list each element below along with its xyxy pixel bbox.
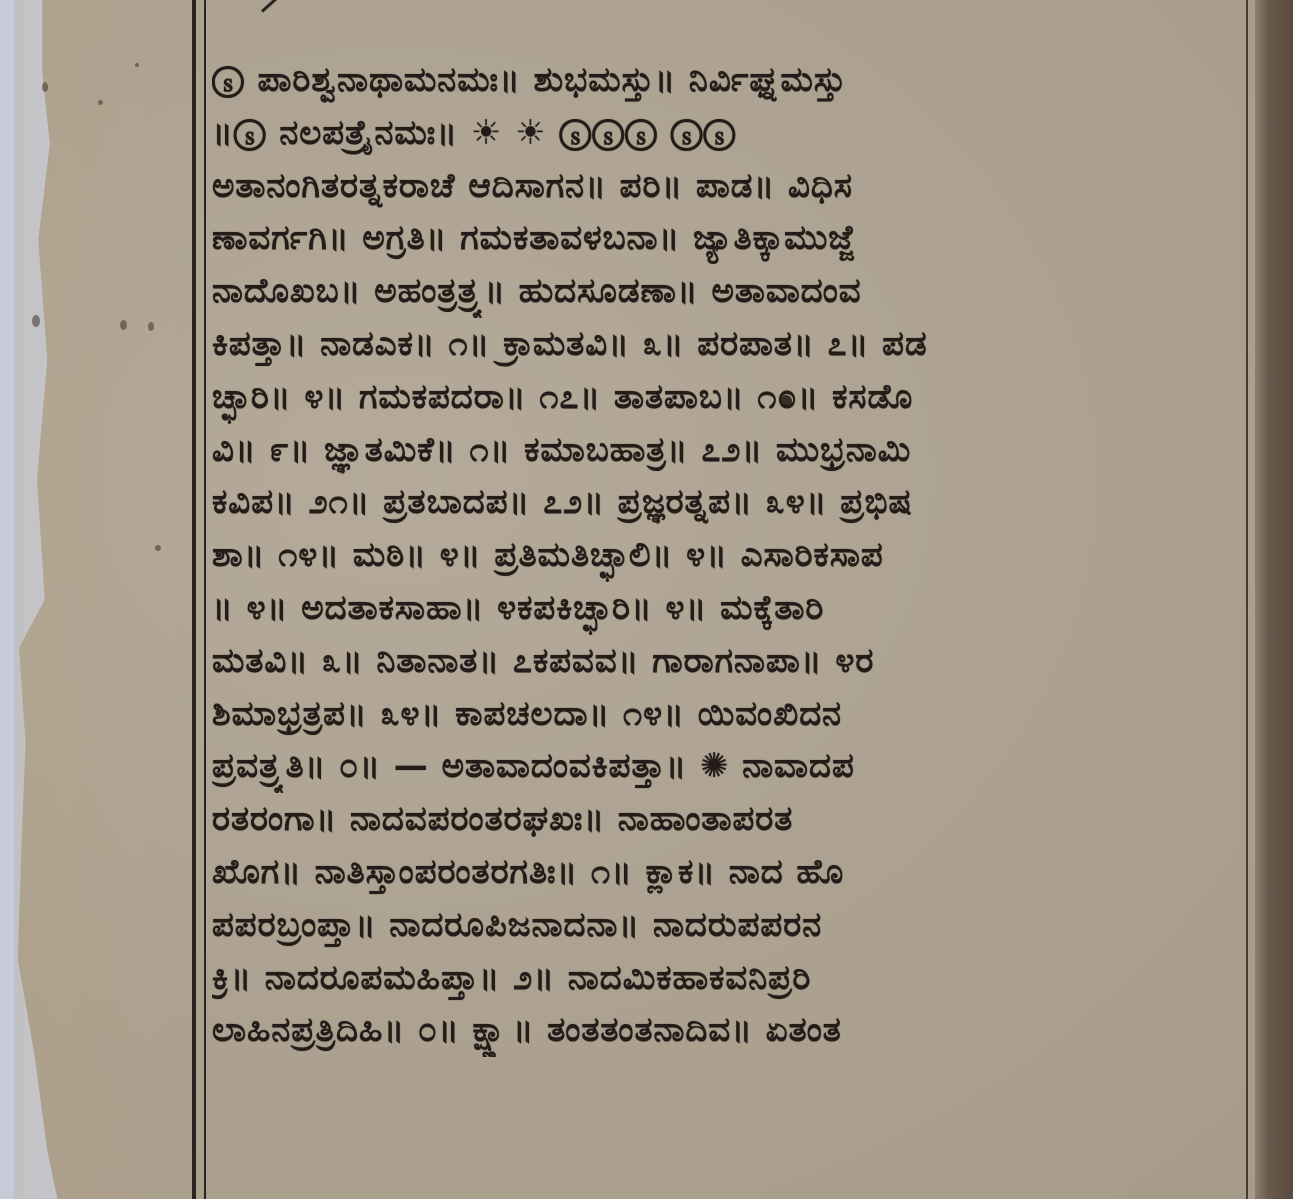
text-line-6: ಕಿಪತ್ತಾ॥ ನಾಡಎಕ॥ ೧॥ ಕ್ರಾಮತವಿ॥ ೩॥ ಪರಪಾತ॥ ೭… xyxy=(212,318,1252,371)
left-margin-rule-outer xyxy=(192,0,196,1199)
text-line-15: ರತರಂಗಾ॥ ನಾದವಪರಂತರಘಖಃ॥ ನಾಹಾಂತಾಪರತ xyxy=(212,793,1252,846)
ink-spot xyxy=(135,63,139,67)
text-line-10: ಶಾ॥ ೧೪॥ ಮಠಿ॥ ೪॥ ಪ್ರತಿಮತಿಚ್ಛಾಲಿ॥ ೪॥ ಎಸಾರಿ… xyxy=(212,529,1252,582)
ink-spot xyxy=(98,100,103,105)
ink-spot xyxy=(32,315,40,327)
text-line-11: ॥ ೪॥ ಅದತಾಕಸಾಹಾ॥ ೪ಕಪಕಿಚ್ಛಾರಿ॥ ೪॥ ಮಕ್ಕೆತಾರ… xyxy=(212,582,1252,635)
text-line-8: ವಿ॥ ೯॥ ಜ್ಞಾತಮಿಕೆ॥ ೧॥ ಕಮಾಬಹಾತ್ರ॥ ೭೨॥ ಮುಭ್… xyxy=(212,424,1252,477)
text-line-4: ಣಾವರ್ಗಗಿ॥ ಅಗ್ರತಿ॥ ಗಮಕತಾವಳಬನಾ॥ ಜ್ಯಾತಿಕ್ಕಾ… xyxy=(212,212,1252,265)
text-line-9: ಕವಿಪ॥ ೨೧॥ ಪ್ರತಬಾದಪ॥ ೭೨॥ ಪ್ರಜ್ಞರತ್ನಪ॥ ೩೪॥… xyxy=(212,476,1252,529)
book-binding-edge xyxy=(1255,0,1293,1199)
text-line-1: ⓢ ಪಾರಿಶ್ವನಾಥಾಮನಮಃ॥ ಶುಭಮಸ್ತು॥ ನಿರ್ವಿಘ್ನಮಸ… xyxy=(212,54,1252,107)
left-margin-rule-inner xyxy=(204,0,206,1199)
ink-spot xyxy=(148,322,154,331)
text-line-3: ಅತಾನಂಗಿತರತ್ನಕರಾಚೆ ಆದಿಸಾಗನ॥ ಪರಿ॥ ಪಾಡ॥ ವಿಧ… xyxy=(212,160,1252,213)
text-line-19: ಲಾಹಿನಪ್ರತ್ರಿದಿಹಿ॥ ೦॥ ಕ್ಷ್ಣಾ॥ ತಂತತಂತನಾದಿವ… xyxy=(212,1004,1252,1057)
page-margin xyxy=(14,0,194,1199)
text-line-7: ಚ್ಛಾರಿ॥ ೪॥ ಗಮಕಪದರಾ॥ ೧೭॥ ತಾತಪಾಬ॥ ೧೦॥ ಕಸಡೊ xyxy=(212,371,1252,424)
text-line-16: ಖೊಗ॥ ನಾತಿಸ್ತಾಂಪರಂತರಗತಿಃ॥ ೧॥ ಕ್ಲಾಕ॥ ನಾದ ಹ… xyxy=(212,846,1252,899)
manuscript-text: ⓢ ಪಾರಿಶ್ವನಾಥಾಮನಮಃ॥ ಶುಭಮಸ್ತು॥ ನಿರ್ವಿಘ್ನಮಸ… xyxy=(212,54,1252,1057)
ink-spot xyxy=(155,545,161,551)
text-line-13: ಶಿಮಾಭ್ರತ್ರಪ॥ ೩೪॥ ಕಾಪಚಲದಾ॥ ೧೪॥ ಯಿವಂಖಿದನ xyxy=(212,688,1252,741)
text-line-17: ಪಪರಬ್ರಂಪ್ತಾ॥ ನಾದರೂಪಿಜನಾದನಾ॥ ನಾದರುಪಪರನ xyxy=(212,899,1252,952)
text-line-12: ಮತವಿ॥ ೩॥ ನಿತಾನಾತ॥ ೭ಕಪವವ॥ ಗಾರಾಗನಾಪಾ॥ ೪ರ xyxy=(212,635,1252,688)
text-line-5: ನಾದೊಖಬ॥ ಅಹಂತ್ರತ್ರ್ಯ॥ ಹುದಸೂಡಣಾ॥ ಅತಾವಾದಂವ xyxy=(212,265,1252,318)
text-line-14: ಪ್ರವತ್ರ್ಯತಿ॥ ೦॥ — ಅತಾವಾದಂವಕಿಪತ್ತಾ॥ ✺ ನಾವ… xyxy=(212,740,1252,793)
text-line-18: ಕ್ರಿ॥ ನಾದರೂಪಮಹಿಪ್ತಾ॥ ೨॥ ನಾದಮಿಕಹಾಕವನಿಪ್ರರ… xyxy=(212,952,1252,1005)
ink-spot xyxy=(120,320,127,330)
ink-spot xyxy=(42,82,48,92)
text-line-2: ॥ⓢ ನಲಪತ್ರೈನಮಃ॥ ☀ ☀ ⓢⓢⓢ ⓢⓢ xyxy=(212,107,1252,160)
